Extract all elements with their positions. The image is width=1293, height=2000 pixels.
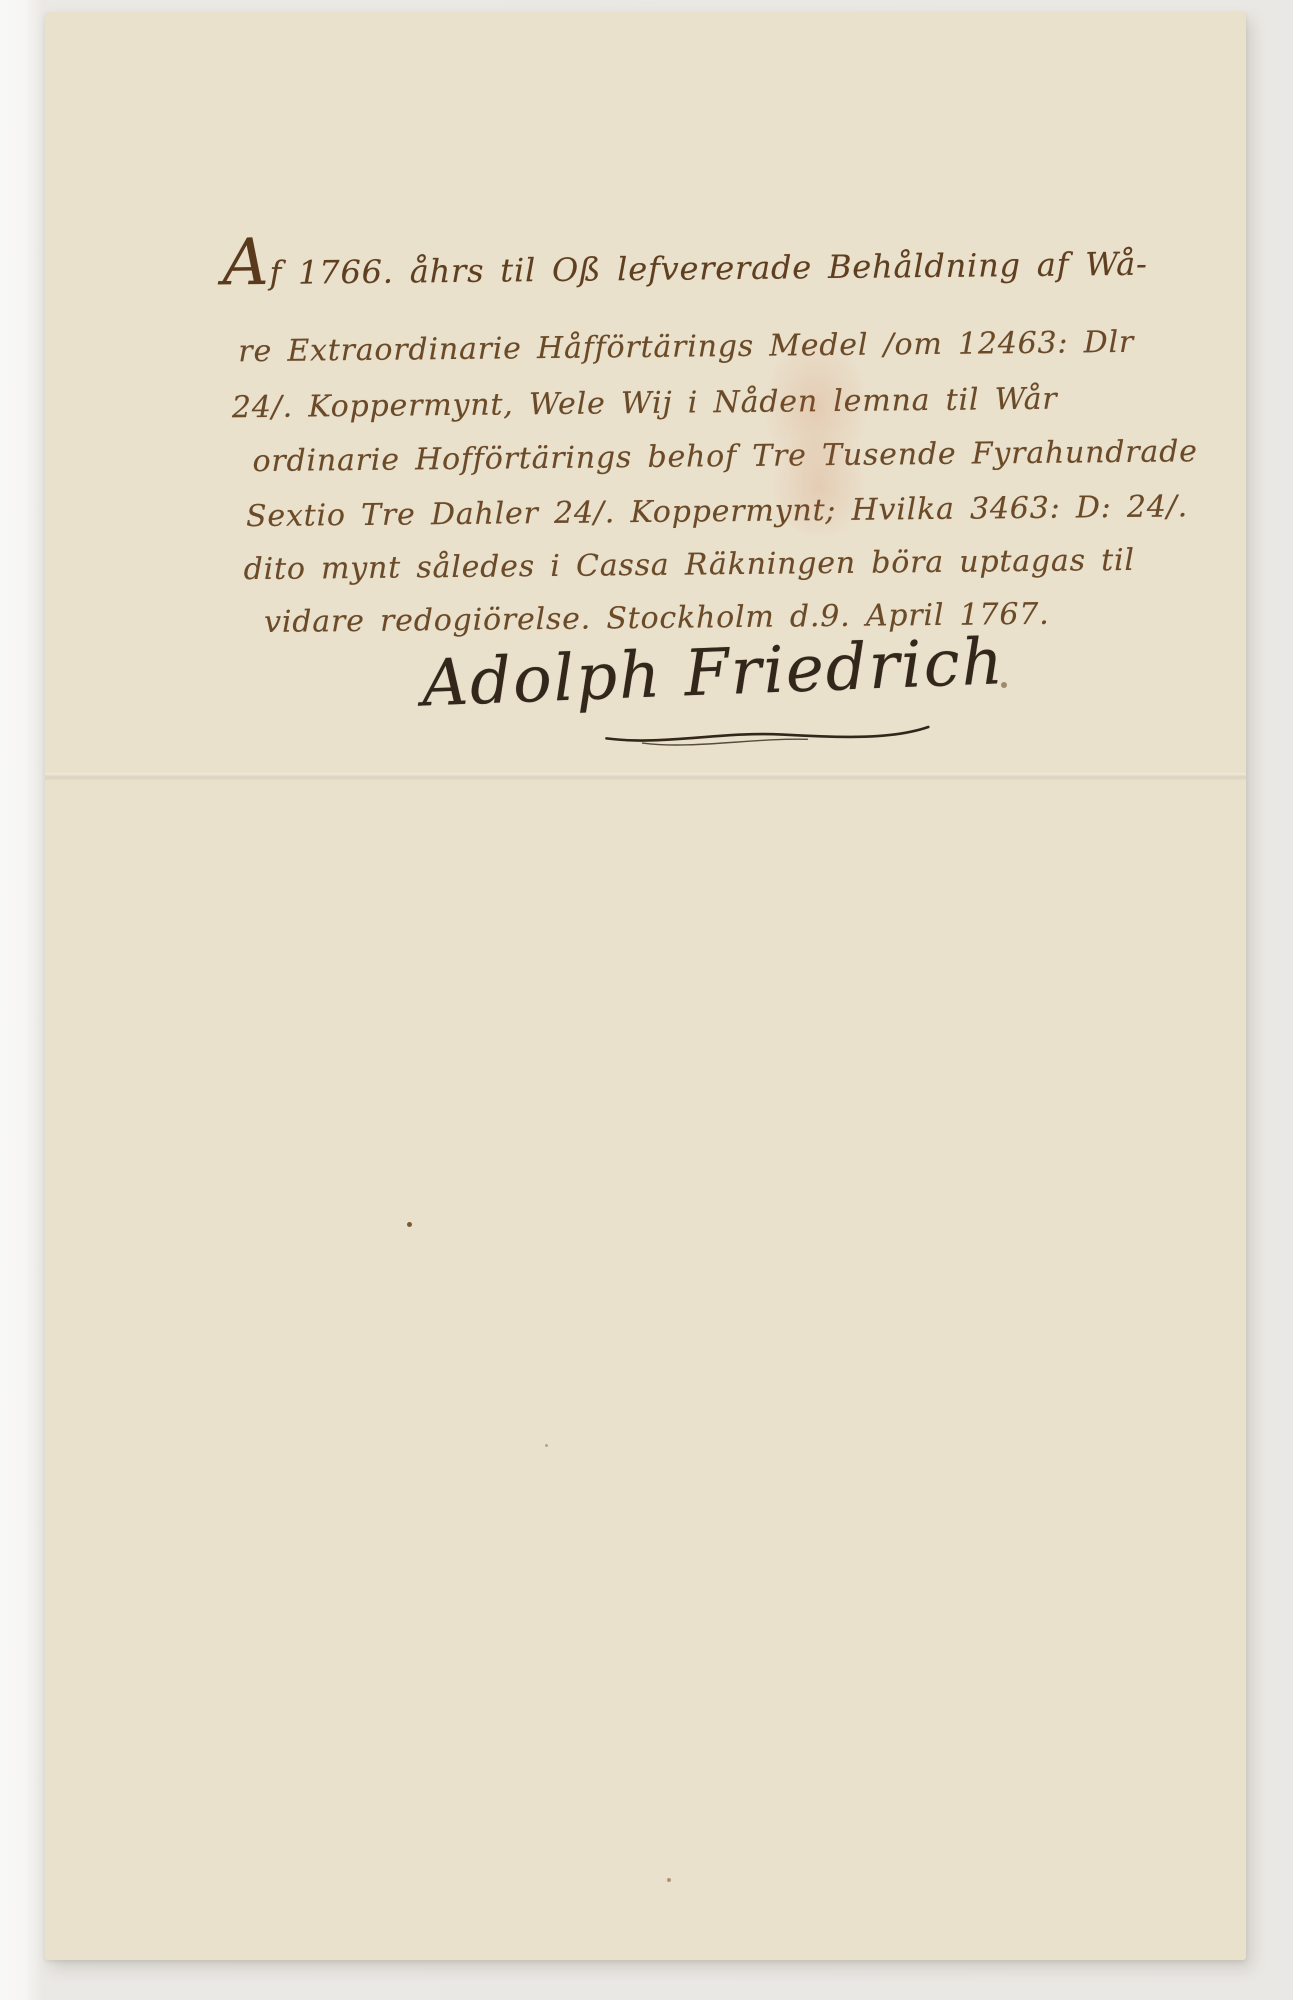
manuscript-line: Af 1766. åhrs til Oß lefvererade Behåldn…	[222, 245, 1148, 293]
signature-underline-flourish	[602, 709, 932, 752]
manuscript-line: ordinarie Hofförtärings behof Tre Tusend…	[252, 434, 1198, 479]
manuscript-text-block: Af 1766. åhrs til Oß lefvererade Behåldn…	[35, 6, 1256, 1966]
royal-signature: Adolph Friedrich	[421, 625, 1007, 721]
manuscript-line: re Extraordinarie Håfförtärings Medel /o…	[238, 325, 1134, 369]
manuscript-line: Sextio Tre Dahler 24/. Koppermynt; Hvilk…	[246, 489, 1188, 534]
photo-backdrop: Af 1766. åhrs til Oß lefvererade Behåldn…	[0, 0, 1293, 2000]
manuscript-line: dito mynt således i Cassa Räkningen böra…	[243, 543, 1135, 587]
manuscript-paper: Af 1766. åhrs til Oß lefvererade Behåldn…	[45, 12, 1246, 1960]
manuscript-line: 24/. Koppermynt, Wele Wij i Nåden lemna …	[232, 382, 1058, 426]
